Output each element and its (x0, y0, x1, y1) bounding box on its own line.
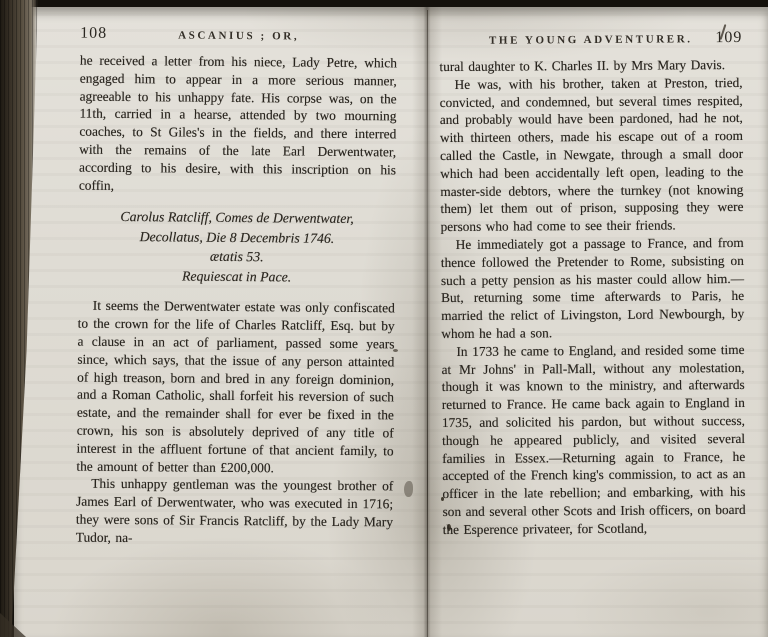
paragraph: tural daughter to K. Charles II. by Mrs … (439, 56, 742, 76)
right-page: THE YOUNG ADVENTURER. 109 tural daughter… (439, 29, 746, 539)
gutter-crease-line (427, 10, 428, 637)
running-head-left: ASCANIUS ; OR, (124, 29, 353, 43)
page-number-left: 108 (80, 25, 124, 43)
inscription-line: Carolus Ratcliff, Comes de Derwentwater, (79, 207, 396, 229)
paragraph: In 1733 he came to England, and resided … (441, 341, 745, 539)
book-top-edge (0, 0, 768, 7)
coffin-inscription: Carolus Ratcliff, Comes de Derwentwater,… (78, 207, 396, 288)
paragraph: It seems the Derwentwater estate was onl… (76, 297, 395, 478)
ink-smudge (404, 481, 413, 497)
paragraph: He immediately got a passage to France, … (441, 234, 745, 343)
left-page-header: 108 ASCANIUS ; OR, (80, 25, 397, 46)
right-page-header: THE YOUNG ADVENTURER. 109 (439, 29, 742, 49)
inscription-line: Requiescat in Pace. (78, 265, 395, 287)
inscription-line: Decollatus, Die 8 Decembris 1746. (78, 226, 395, 248)
inscription-line: ætatis 53. (78, 246, 395, 268)
page-number-right: 109 (698, 29, 742, 47)
paragraph: he received a letter from his niece, Lad… (79, 52, 397, 197)
corner-crease (0, 613, 26, 637)
paragraph: He was, with his brother, taken at Prest… (440, 74, 744, 236)
paragraph: This unhappy gentleman was the youngest … (76, 475, 394, 549)
left-page: 108 ASCANIUS ; OR, he received a letter … (76, 25, 398, 549)
running-head-right: THE YOUNG ADVENTURER. (483, 33, 698, 47)
